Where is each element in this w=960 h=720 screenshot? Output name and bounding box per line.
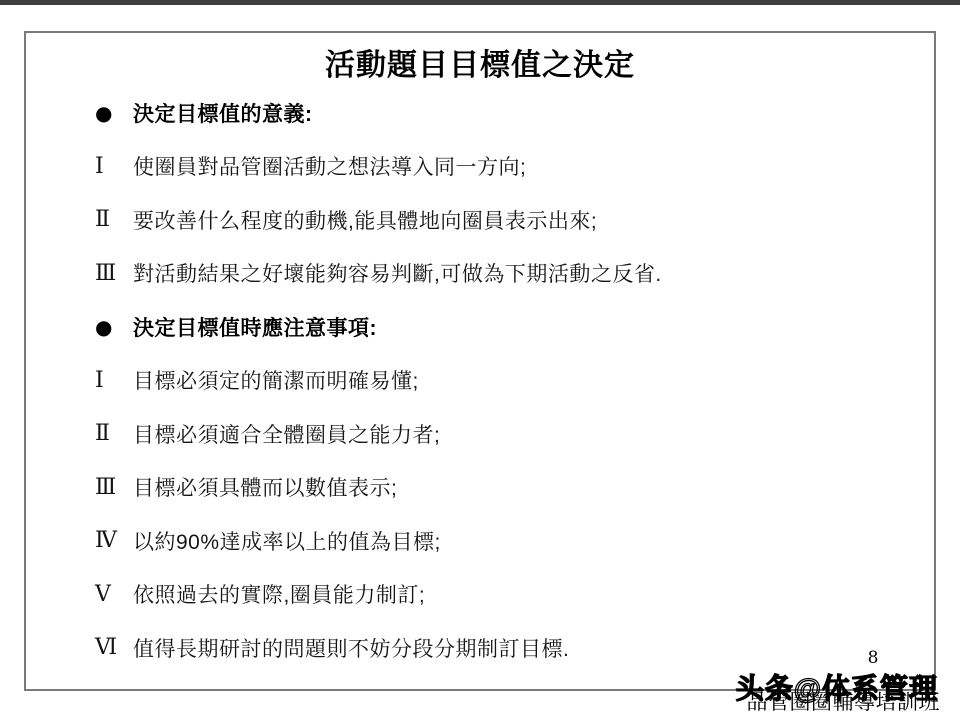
section-header-row: ● 決定目標值的意義:	[95, 86, 875, 140]
list-item-text: 以約90%達成率以上的值為目標;	[133, 526, 441, 556]
list-item-text: 要改善什么程度的動機,能具體地向圈員表示出來;	[133, 205, 597, 235]
watermark-text: 头条@体系管理	[736, 667, 938, 707]
list-item-text: 依照過去的實際,圈員能力制訂;	[133, 579, 425, 609]
list-item: Ⅱ 目標必須適合全體圈員之能力者;	[95, 407, 875, 461]
list-item-text: 目標必須適合全體圈員之能力者;	[133, 419, 440, 449]
section-header-label: 決定目標值時應注意事項:	[133, 312, 377, 342]
roman-numeral-label: Ⅲ	[95, 475, 133, 500]
roman-numeral-label: Ⅰ	[95, 154, 133, 179]
bullet-icon: ●	[95, 101, 133, 125]
list-item: Ⅰ 目標必須定的簡潔而明確易懂;	[95, 354, 875, 408]
list-item-text: 使圈員對品管圈活動之想法導入同一方向;	[133, 151, 526, 181]
roman-numeral-label: Ⅳ	[95, 528, 133, 553]
roman-numeral-label: Ⅱ	[95, 421, 133, 446]
roman-numeral-label: Ⅱ	[95, 207, 133, 232]
slide-body: ● 決定目標值的意義: Ⅰ 使圈員對品管圈活動之想法導入同一方向; Ⅱ 要改善什…	[95, 86, 875, 675]
list-item-text: 值得長期研討的問題則不妨分段分期制訂目標.	[133, 633, 569, 663]
section-header-label: 決定目標值的意義:	[133, 98, 313, 128]
page-number: 8	[860, 648, 886, 668]
list-item: Ⅴ 依照過去的實際,圈員能力制訂;	[95, 568, 875, 622]
top-edge-strip	[0, 0, 960, 5]
list-item: Ⅳ 以約90%達成率以上的值為目標;	[95, 514, 875, 568]
list-item: Ⅲ 對活動結果之好壞能夠容易判斷,可做為下期活動之反省.	[95, 247, 875, 301]
roman-numeral-label: Ⅴ	[95, 582, 133, 607]
roman-numeral-label: Ⅰ	[95, 368, 133, 393]
list-item: Ⅲ 目標必須具體而以數值表示;	[95, 461, 875, 515]
roman-numeral-label: Ⅵ	[95, 635, 133, 660]
bullet-icon: ●	[95, 315, 133, 339]
section-header-row: ● 決定目標值時應注意事項:	[95, 300, 875, 354]
list-item: Ⅰ 使圈員對品管圈活動之想法導入同一方向;	[95, 140, 875, 194]
list-item-text: 目標必須具體而以數值表示;	[133, 472, 397, 502]
list-item: Ⅱ 要改善什么程度的動機,能具體地向圈員表示出來;	[95, 193, 875, 247]
list-item-text: 目標必須定的簡潔而明確易懂;	[133, 365, 419, 395]
list-item-text: 對活動結果之好壞能夠容易判斷,可做為下期活動之反省.	[133, 258, 662, 288]
slide-title: 活動題目目標值之決定	[0, 40, 960, 84]
roman-numeral-label: Ⅲ	[95, 261, 133, 286]
